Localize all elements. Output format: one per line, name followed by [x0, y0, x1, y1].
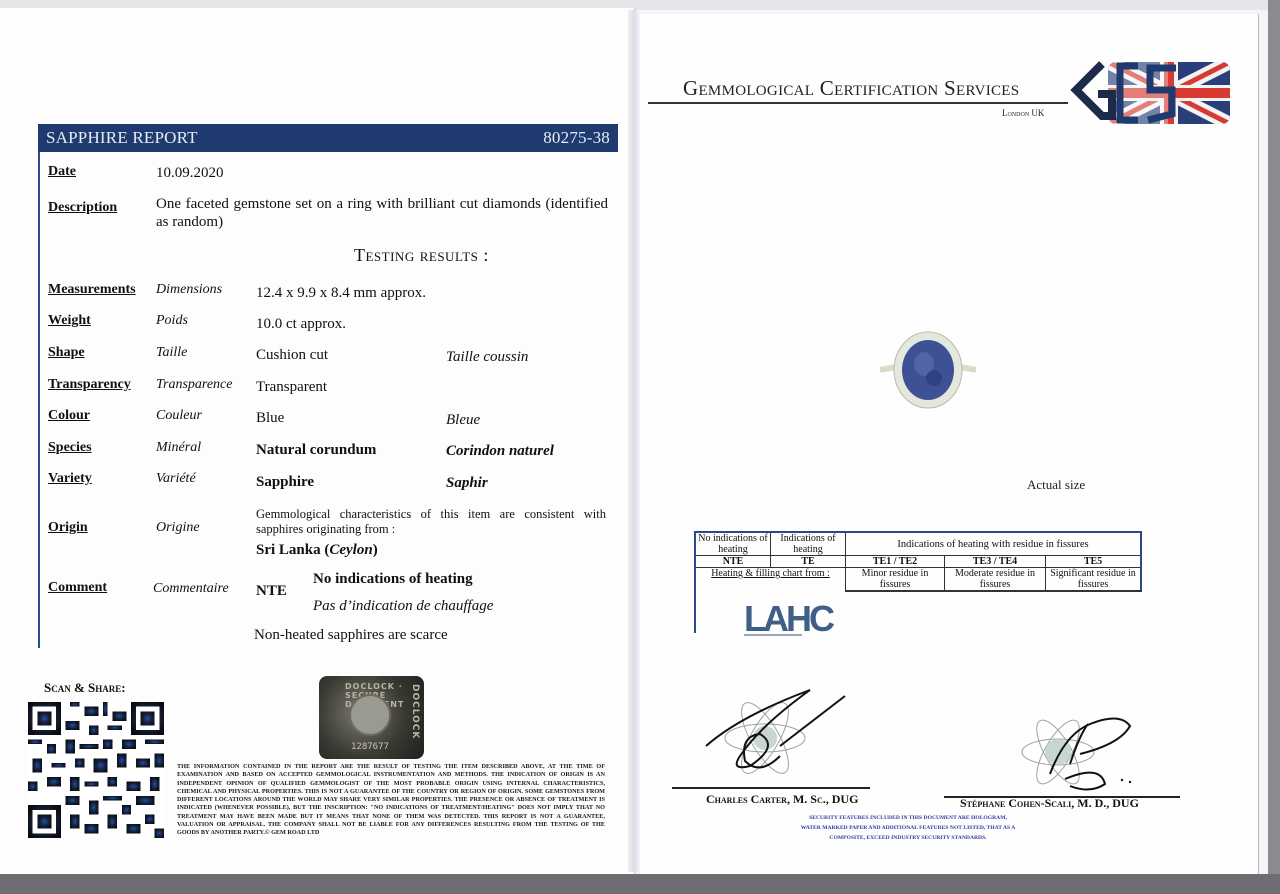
transparency-value: Transparent [256, 379, 327, 396]
scan-edge-right [1268, 0, 1280, 894]
heat-desc-moderate: Moderate residue in fissures [945, 568, 1046, 592]
actual-size-caption: Actual size [1027, 477, 1085, 493]
heat-code-te3-te4: TE3 / TE4 [945, 556, 1046, 568]
origin-country: Sri Lanka (Ceylon) [256, 542, 378, 559]
weight-label: Weight [48, 313, 91, 329]
origin-label-fr: Origine [156, 520, 200, 536]
date-label: Date [48, 164, 76, 180]
origin-country-name: Sri Lanka [256, 542, 321, 558]
shape-label: Shape [48, 345, 85, 361]
heat-header-residue: Indications of heating with residue in f… [846, 532, 1142, 556]
transparency-label: Transparency [48, 377, 131, 393]
species-value: Natural corundum [256, 442, 376, 459]
heat-code-te1-te2: TE1 / TE2 [846, 556, 945, 568]
sapphire-ring-image [880, 330, 976, 410]
lahc-logo-underline [744, 634, 802, 636]
page-spine [628, 10, 640, 872]
measurements-label-fr: Dimensions [156, 282, 222, 298]
padlock-icon [349, 694, 391, 736]
signature-carter [700, 686, 850, 786]
hologram-serial: 1287677 [351, 742, 389, 752]
origin-country-alt: Ceylon [329, 542, 372, 558]
colour-label-fr: Couleur [156, 408, 202, 424]
heat-code-te5: TE5 [1046, 556, 1142, 568]
colour-value-fr: Bleue [446, 412, 480, 429]
hologram-side-text: DOCLOCK [410, 684, 420, 739]
heat-code-te: TE [771, 556, 846, 568]
testing-results-title: Testing results : [354, 245, 489, 266]
date-value: 10.09.2020 [156, 165, 224, 182]
signature-line-1 [672, 787, 870, 789]
heating-chart-table: No indications of heating Indications of… [696, 531, 1142, 592]
description-label: Description [48, 200, 117, 216]
signature-cohen-scali [1010, 704, 1140, 799]
weight-label-fr: Poids [156, 313, 188, 329]
gcs-union-jack-logo [1068, 58, 1232, 128]
comment-text: No indications of heating [313, 571, 473, 588]
comment-note: Non-heated sapphires are scarce [254, 627, 448, 644]
origin-label: Origin [48, 520, 88, 536]
variety-value-fr: Saphir [446, 475, 488, 492]
colour-value: Blue [256, 410, 284, 427]
report-header: SAPPHIRE REPORT 80275-38 [38, 124, 618, 152]
header-rule [648, 102, 1068, 104]
doclock-hologram: DOCLOCK · SECURE DOCUMENT DOCLOCK 128767… [319, 676, 424, 759]
measurements-value: 12.4 x 9.9 x 8.4 mm approx. [256, 285, 426, 302]
variety-value: Sapphire [256, 474, 314, 491]
security-features-note: Security features included in this docum… [800, 813, 1016, 843]
comment-label: Comment [48, 580, 107, 596]
weight-value: 10.0 ct approx. [256, 316, 346, 333]
heat-desc-minor: Minor residue in fissures [846, 568, 945, 592]
colour-label: Colour [48, 408, 90, 424]
variety-label: Variety [48, 471, 92, 487]
heat-header-te: Indications of heating [771, 532, 846, 556]
scan-share-title: Scan & Share: [44, 680, 126, 696]
signatory-name-2: Stéphane Cohen-Scali, M. D., DUG [960, 796, 1139, 811]
origin-text: Gemmological characteristics of this ite… [256, 507, 606, 537]
company-name: Gemmological Certification Services [683, 76, 1019, 101]
disclaimer-text: The information contained in the report … [177, 763, 605, 838]
transparency-label-fr: Transparence [156, 377, 232, 393]
shape-value: Cushion cut [256, 347, 328, 364]
scan-edge-bottom [0, 874, 1280, 894]
shape-value-fr: Taille coussin [446, 349, 528, 366]
shape-label-fr: Taille [156, 345, 187, 361]
comment-text-fr: Pas d’indication de chauffage [313, 598, 493, 615]
description-value: One faceted gemstone set on a ring with … [156, 195, 608, 231]
species-label-fr: Minéral [156, 440, 201, 456]
variety-label-fr: Variété [156, 471, 196, 487]
comment-code: NTE [256, 583, 287, 600]
company-location: London UK [1002, 108, 1044, 118]
report-number: 80275-38 [543, 128, 610, 148]
measurements-label: Measurements [48, 282, 136, 298]
report-title: SAPPHIRE REPORT [46, 128, 198, 148]
qr-code[interactable] [28, 702, 164, 838]
heat-desc-significant: Significant residue in fissures [1046, 568, 1142, 592]
species-value-fr: Corindon naturel [446, 443, 554, 460]
heat-source-label: Heating & filling chart from : [696, 568, 846, 592]
species-label: Species [48, 440, 92, 456]
signatory-name-1: Charles Carter, M. Sc., DUG [706, 792, 858, 807]
heat-header-nte: No indications of heating [696, 532, 771, 556]
comment-label-fr: Commentaire [153, 581, 229, 597]
report-border [38, 152, 40, 648]
heat-code-nte: NTE [696, 556, 771, 568]
